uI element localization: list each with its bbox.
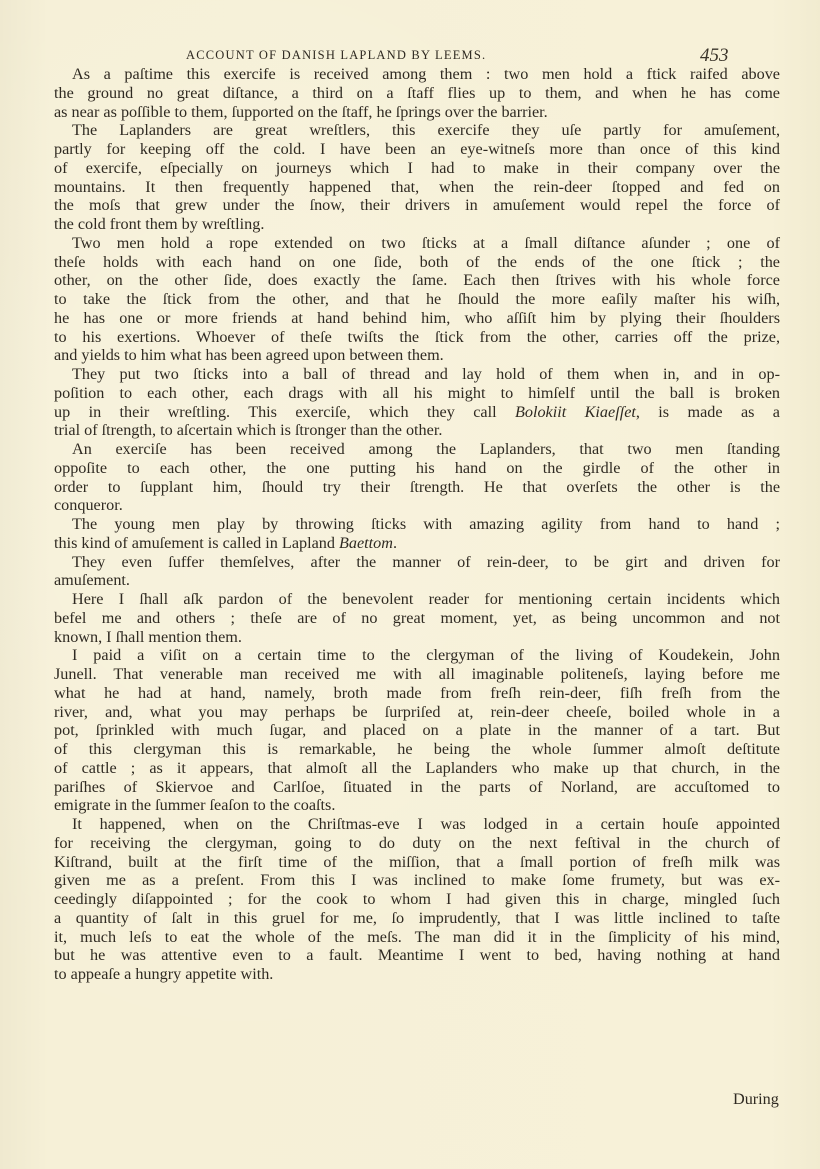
text-line: the ground no great diſtance, a third on… — [54, 84, 780, 103]
text-line: what he had at hand, namely, broth made … — [54, 684, 780, 703]
text-line: of exercife, eſpecially on journeys whic… — [54, 159, 780, 178]
text-line: it, much leſs to eat the whole of the me… — [54, 928, 780, 947]
page-number: 453 — [700, 45, 729, 67]
text-line: order to ſupplant him, ſhould try their … — [54, 478, 780, 497]
text-line: a quantity of ſalt in this gruel for me,… — [54, 909, 780, 928]
text-line: the moſs that grew under the ſnow, their… — [54, 196, 780, 215]
text-line: Two men hold a rope extended on two ſtic… — [54, 234, 780, 253]
text-line: An exerciſe has been received among the … — [54, 440, 780, 459]
text-line: oppoſite to each other, the one putting … — [54, 459, 780, 478]
text-line: befel me and others ; theſe are of no gr… — [54, 609, 780, 628]
text-line: and yields to him what has been agreed u… — [54, 346, 780, 365]
text-line: to his exertions. Whoever of theſe twiſt… — [54, 328, 780, 347]
text-line: theſe holds with each hand on one ſide, … — [54, 253, 780, 272]
text-line: As a paſtime this exercife is received a… — [54, 65, 780, 84]
text-line: mountains. It then frequently happened t… — [54, 178, 780, 197]
text-line: up in their wreſtling. This exerciſe, wh… — [54, 403, 780, 422]
text-line: conqueror. — [54, 496, 780, 515]
text-line: They put two ſticks into a ball of threa… — [54, 365, 780, 384]
text-line: he has one or more friends at hand behin… — [54, 309, 780, 328]
text-line: but he was attentive even to a fault. Me… — [54, 946, 780, 965]
text-line: amuſement. — [54, 571, 780, 590]
text-line: Here I ſhall aſk pardon of the benevolen… — [54, 590, 780, 609]
italic-term: Baettom — [339, 534, 393, 552]
text-line: other, on the other ſide, does exactly t… — [54, 271, 780, 290]
text-line: of cattle ; as it appears, that almoſt a… — [54, 759, 780, 778]
text-line: for receiving the clergyman, going to do… — [54, 834, 780, 853]
text-line: They even ſuffer themſelves, after the m… — [54, 553, 780, 572]
italic-term: Bolokiit Kiaeſſet — [515, 403, 636, 421]
text-line: pariſhes of Skiervoe and Carlſoe, ſituat… — [54, 778, 780, 797]
text-line: to appeaſe a hungry appetite with. — [54, 965, 780, 984]
text-line: The Laplanders are great wreſtlers, this… — [54, 121, 780, 140]
text-line: river, and, what you may perhaps be ſurp… — [54, 703, 780, 722]
text-line: as near as poſſible to them, ſupported o… — [54, 103, 780, 122]
text-line: The young men play by throwing ſticks wi… — [54, 515, 780, 534]
text-line: ceedingly diſappointed ; for the cook to… — [54, 890, 780, 909]
text-line: I paid a viſit on a certain time to the … — [54, 646, 780, 665]
book-page: ACCOUNT OF DANISH LAPLAND BY LEEMS. 453 … — [0, 0, 820, 1169]
text-line: Kiſtrand, built at the firſt time of the… — [54, 853, 780, 872]
text-line: of this clergyman this is remarkable, he… — [54, 740, 780, 759]
text-line: the cold front them by wreſtling. — [54, 215, 780, 234]
running-title: ACCOUNT OF DANISH LAPLAND BY LEEMS. — [186, 48, 586, 63]
text-line: this kind of amuſement is called in Lapl… — [54, 534, 780, 553]
text-line: to take the ſtick from the other, and th… — [54, 290, 780, 309]
text-line: emigrate in the ſummer ſeaſon to the coa… — [54, 796, 780, 815]
text-line: partly for keeping off the cold. I have … — [54, 140, 780, 159]
catchword: During — [733, 1090, 779, 1109]
running-head: ACCOUNT OF DANISH LAPLAND BY LEEMS. 453 — [0, 46, 820, 66]
text-line: known, I ſhall mention them. — [54, 628, 780, 647]
text-line: pot, ſprinkled with much ſugar, and plac… — [54, 721, 780, 740]
text-line: Junell. That venerable man received me w… — [54, 665, 780, 684]
text-line: given me as a preſent. From this I was i… — [54, 871, 780, 890]
body-text: As a paſtime this exercife is received a… — [54, 65, 780, 984]
text-line: trial of ſtrength, to aſcertain which is… — [54, 421, 780, 440]
text-line: poſition to each other, each drags with … — [54, 384, 780, 403]
text-line: It happened, when on the Chriſtmas-eve I… — [54, 815, 780, 834]
